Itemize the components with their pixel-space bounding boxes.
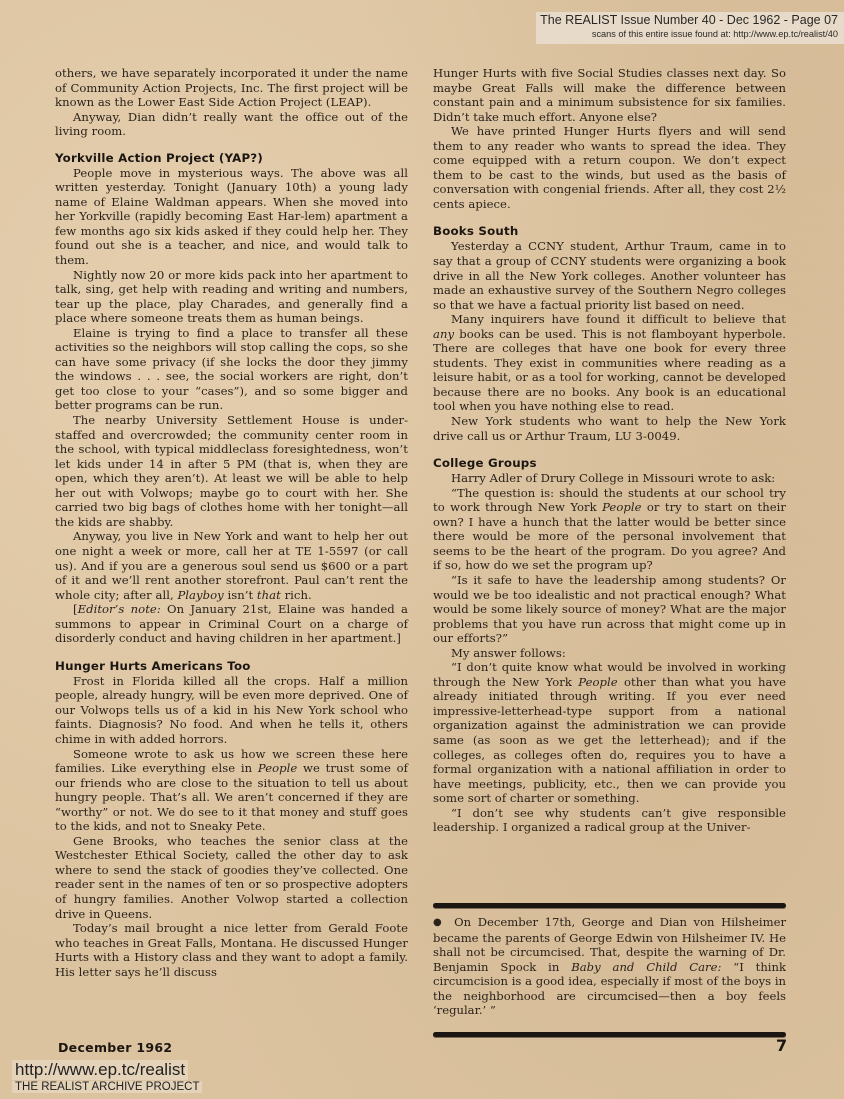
yap-paragraph: The nearby University Settlement House i… — [55, 413, 408, 529]
college-paragraph: “I don’t see why students can’t give res… — [433, 806, 786, 835]
text: other than what you have already initiat… — [433, 675, 786, 805]
issue-scan-link[interactable]: scans of this entire issue found at: htt… — [536, 28, 838, 40]
editors-note-label: Editor’s note: — [78, 602, 161, 616]
publication-name: People — [258, 761, 297, 775]
section-heading-college-groups: College Groups — [433, 456, 786, 470]
section-heading-yap: Yorkville Action Project (YAP?) — [55, 151, 408, 165]
emphasis: any — [433, 327, 454, 341]
hunger-paragraph: Gene Brooks, who teaches the senior clas… — [55, 834, 408, 921]
archive-header: The REALIST Issue Number 40 - Dec 1962 -… — [536, 12, 844, 44]
publication-name: People — [602, 500, 641, 514]
books-paragraph: New York students who want to help the N… — [433, 414, 786, 443]
section-heading-books-south: Books South — [433, 224, 786, 238]
text: rich. — [281, 588, 312, 602]
hunger-continued-paragraph: Hunger Hurts with five Social Studies cl… — [433, 66, 786, 124]
college-paragraph: Harry Adler of Drury College in Missouri… — [433, 471, 786, 486]
bullet-icon: ● — [433, 917, 445, 928]
archive-url-link[interactable]: http://www.ep.tc/realist — [12, 1060, 188, 1080]
books-paragraph: Many inquirers have found it difficult t… — [433, 312, 786, 414]
bottom-rule-divider — [433, 1032, 786, 1037]
editors-note: [Editor’s note: On January 21st, Elaine … — [55, 602, 408, 646]
right-column: Hunger Hurts with five Social Studies cl… — [433, 66, 786, 835]
announcement-text: ● On December 17th, George and Dian von … — [433, 915, 786, 1018]
archive-project-name: THE REALIST ARCHIVE PROJECT — [12, 1081, 202, 1093]
issue-title: The REALIST Issue Number 40 - Dec 1962 -… — [536, 12, 838, 28]
books-paragraph: Yesterday a CCNY student, Arthur Traum, … — [433, 239, 786, 312]
college-paragraph: “I don’t quite know what would be involv… — [433, 660, 786, 805]
section-heading-hunger: Hunger Hurts Americans Too — [55, 659, 408, 673]
magazine-title: Playboy — [177, 588, 223, 602]
yap-paragraph: Nightly now 20 or more kids pack into he… — [55, 268, 408, 326]
footer-date: December 1962 — [58, 1040, 172, 1055]
hunger-paragraph: Someone wrote to ask us how we screen th… — [55, 747, 408, 834]
intro-paragraph: Anyway, Dian didn’t really want the offi… — [55, 110, 408, 139]
text: isn’t — [224, 588, 257, 602]
page-number: 7 — [776, 1036, 787, 1055]
college-paragraph: “Is it safe to have the leadership among… — [433, 573, 786, 646]
hunger-paragraph: Frost in Florida killed all the crops. H… — [55, 674, 408, 747]
hunger-continued-paragraph: We have printed Hunger Hurts flyers and … — [433, 124, 786, 211]
text: Many inquirers have found it difficult t… — [451, 312, 786, 326]
boxed-birth-announcement: ● On December 17th, George and Dian von … — [433, 903, 786, 1037]
intro-paragraph: others, we have separately incorporated … — [55, 66, 408, 110]
yap-paragraph: Elaine is trying to find a place to tran… — [55, 326, 408, 413]
left-column: others, we have separately incorporated … — [55, 66, 408, 979]
college-paragraph: “The question is: should the students at… — [433, 486, 786, 573]
emphasis: that — [257, 588, 281, 602]
hunger-paragraph: Today’s mail brought a nice letter from … — [55, 921, 408, 979]
text: books can be used. This is not flamboyan… — [433, 327, 786, 414]
college-paragraph: My answer follows: — [433, 646, 786, 661]
top-rule-divider — [433, 903, 786, 908]
book-title: Baby and Child Care: — [571, 960, 721, 974]
publication-name: People — [578, 675, 617, 689]
yap-paragraph: People move in mysterious ways. The abov… — [55, 166, 408, 268]
yap-paragraph: Anyway, you live in New York and want to… — [55, 529, 408, 602]
